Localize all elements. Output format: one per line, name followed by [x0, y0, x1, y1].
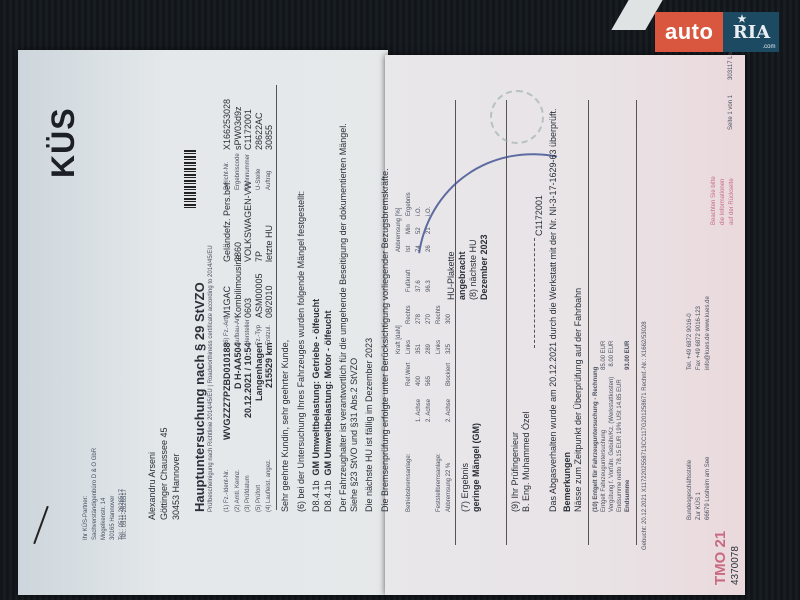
owner-note: Der Fahrzeughalter ist verantwortlich fü… — [338, 123, 360, 512]
sender-tel: Tel.: 0511-2626517 — [122, 489, 128, 540]
page-number: Seite 1 von 1 — [728, 95, 734, 130]
stamp — [490, 90, 544, 144]
sender-address: Ihr KÜS-Partner: Sachverständigenbüro D … — [82, 448, 127, 540]
autoria-watermark: auto ★ RIA .com — [655, 12, 779, 52]
findings-list: D8.4.1b GM Umweltbelastung: Getriebe - ö… — [310, 299, 334, 512]
emission-note: Das Abgasverhalten wurde am 20.12.2021 d… — [548, 108, 558, 512]
back-note: Beachten Sie bitte die Informationen auf… — [710, 176, 737, 225]
watermark-auto: auto — [655, 12, 723, 52]
footer-ref: Gebucht: 20.12.2021 X1172202558713CC117G… — [642, 321, 648, 550]
form-code: TMO 21 — [712, 531, 729, 585]
brake-note: Die Bremsenprüfung erfolgte unter Berück… — [380, 168, 390, 512]
vehicle-col4-values: X166253028 sPW03d9z C1172001 28622AC 308… — [222, 99, 275, 150]
vehicle-values: WVGZZZ7PZBD010188 D H-AA504 20.12.2021 /… — [222, 342, 275, 440]
vehicle-col4-labels: Bericht-Nr. Ergebniscode Kennnummer U-St… — [222, 153, 275, 190]
watermark-ria: ★ RIA .com — [723, 12, 779, 52]
document-title: Hauptuntersuchung nach § 29 StVZO — [192, 282, 207, 512]
remarks-block: Bemerkungen Nässe zum Zeitpunkt der Über… — [562, 288, 584, 512]
barcode — [184, 150, 196, 210]
divider — [636, 100, 637, 545]
finding-item: D8.4.1b GM Umweltbelastung: Motor - ölfe… — [322, 299, 334, 512]
vehicle-col2-values: M1GAC Kombilimousine 0603 ASM00005 08/20… — [222, 254, 275, 318]
recipient-address: Alexandru Arseni Göttinger Chaussee 45 3… — [146, 427, 182, 520]
kus-logo: KÜS — [45, 107, 82, 178]
result-block: (7) Ergebnis geringe Mängel (GM) — [460, 423, 482, 512]
vehicle-col2-labels: (6) Fz.-Art Aufbau-Art Hersteller Fz.-Ty… — [222, 316, 275, 345]
vehicle-labels: (1) Fz.-Ident-Nr. (2) Amtl. Kennz. (3) P… — [222, 459, 275, 512]
vehicle-col3-values: Geländefz. Pers.bef. 2860 VOLKSWAGEN-VW … — [222, 180, 275, 262]
star-icon: ★ — [737, 14, 746, 25]
findings-intro: (6) bei der Untersuchung Ihres Fahrzeuge… — [296, 191, 306, 512]
form-number: 4370078 — [730, 546, 741, 585]
next-hu-note: Die nächste HU ist fällig im Dezember 20… — [364, 338, 374, 512]
inspector-block: (9) Ihr Prüfingenieur B. Eng. Muhammed Ö… — [510, 411, 532, 512]
contact-info: Tel. +49 6872 9016-0 Fax +49 6872 9016-1… — [686, 296, 713, 370]
divider — [588, 100, 589, 545]
greeting: Sehr geehrte Kundin, sehr geehrter Kunde… — [280, 340, 290, 512]
fee-values: 85.00 EUR 8.00 EUR 93.00 EUR — [600, 341, 632, 370]
office-address: Bundesgeschäftsstelle Zur KÜS 1 66679 Lo… — [686, 457, 713, 520]
finding-item: D8.4.1b GM Umweltbelastung: Getriebe - ö… — [310, 299, 322, 512]
document-subtitle: Prüfbescheinigung nach Richtlinie 2014/4… — [208, 245, 214, 512]
fee-block: (10) Entgelt für Fahrzeuguntersuchung - … — [592, 367, 632, 512]
divider — [276, 85, 277, 510]
